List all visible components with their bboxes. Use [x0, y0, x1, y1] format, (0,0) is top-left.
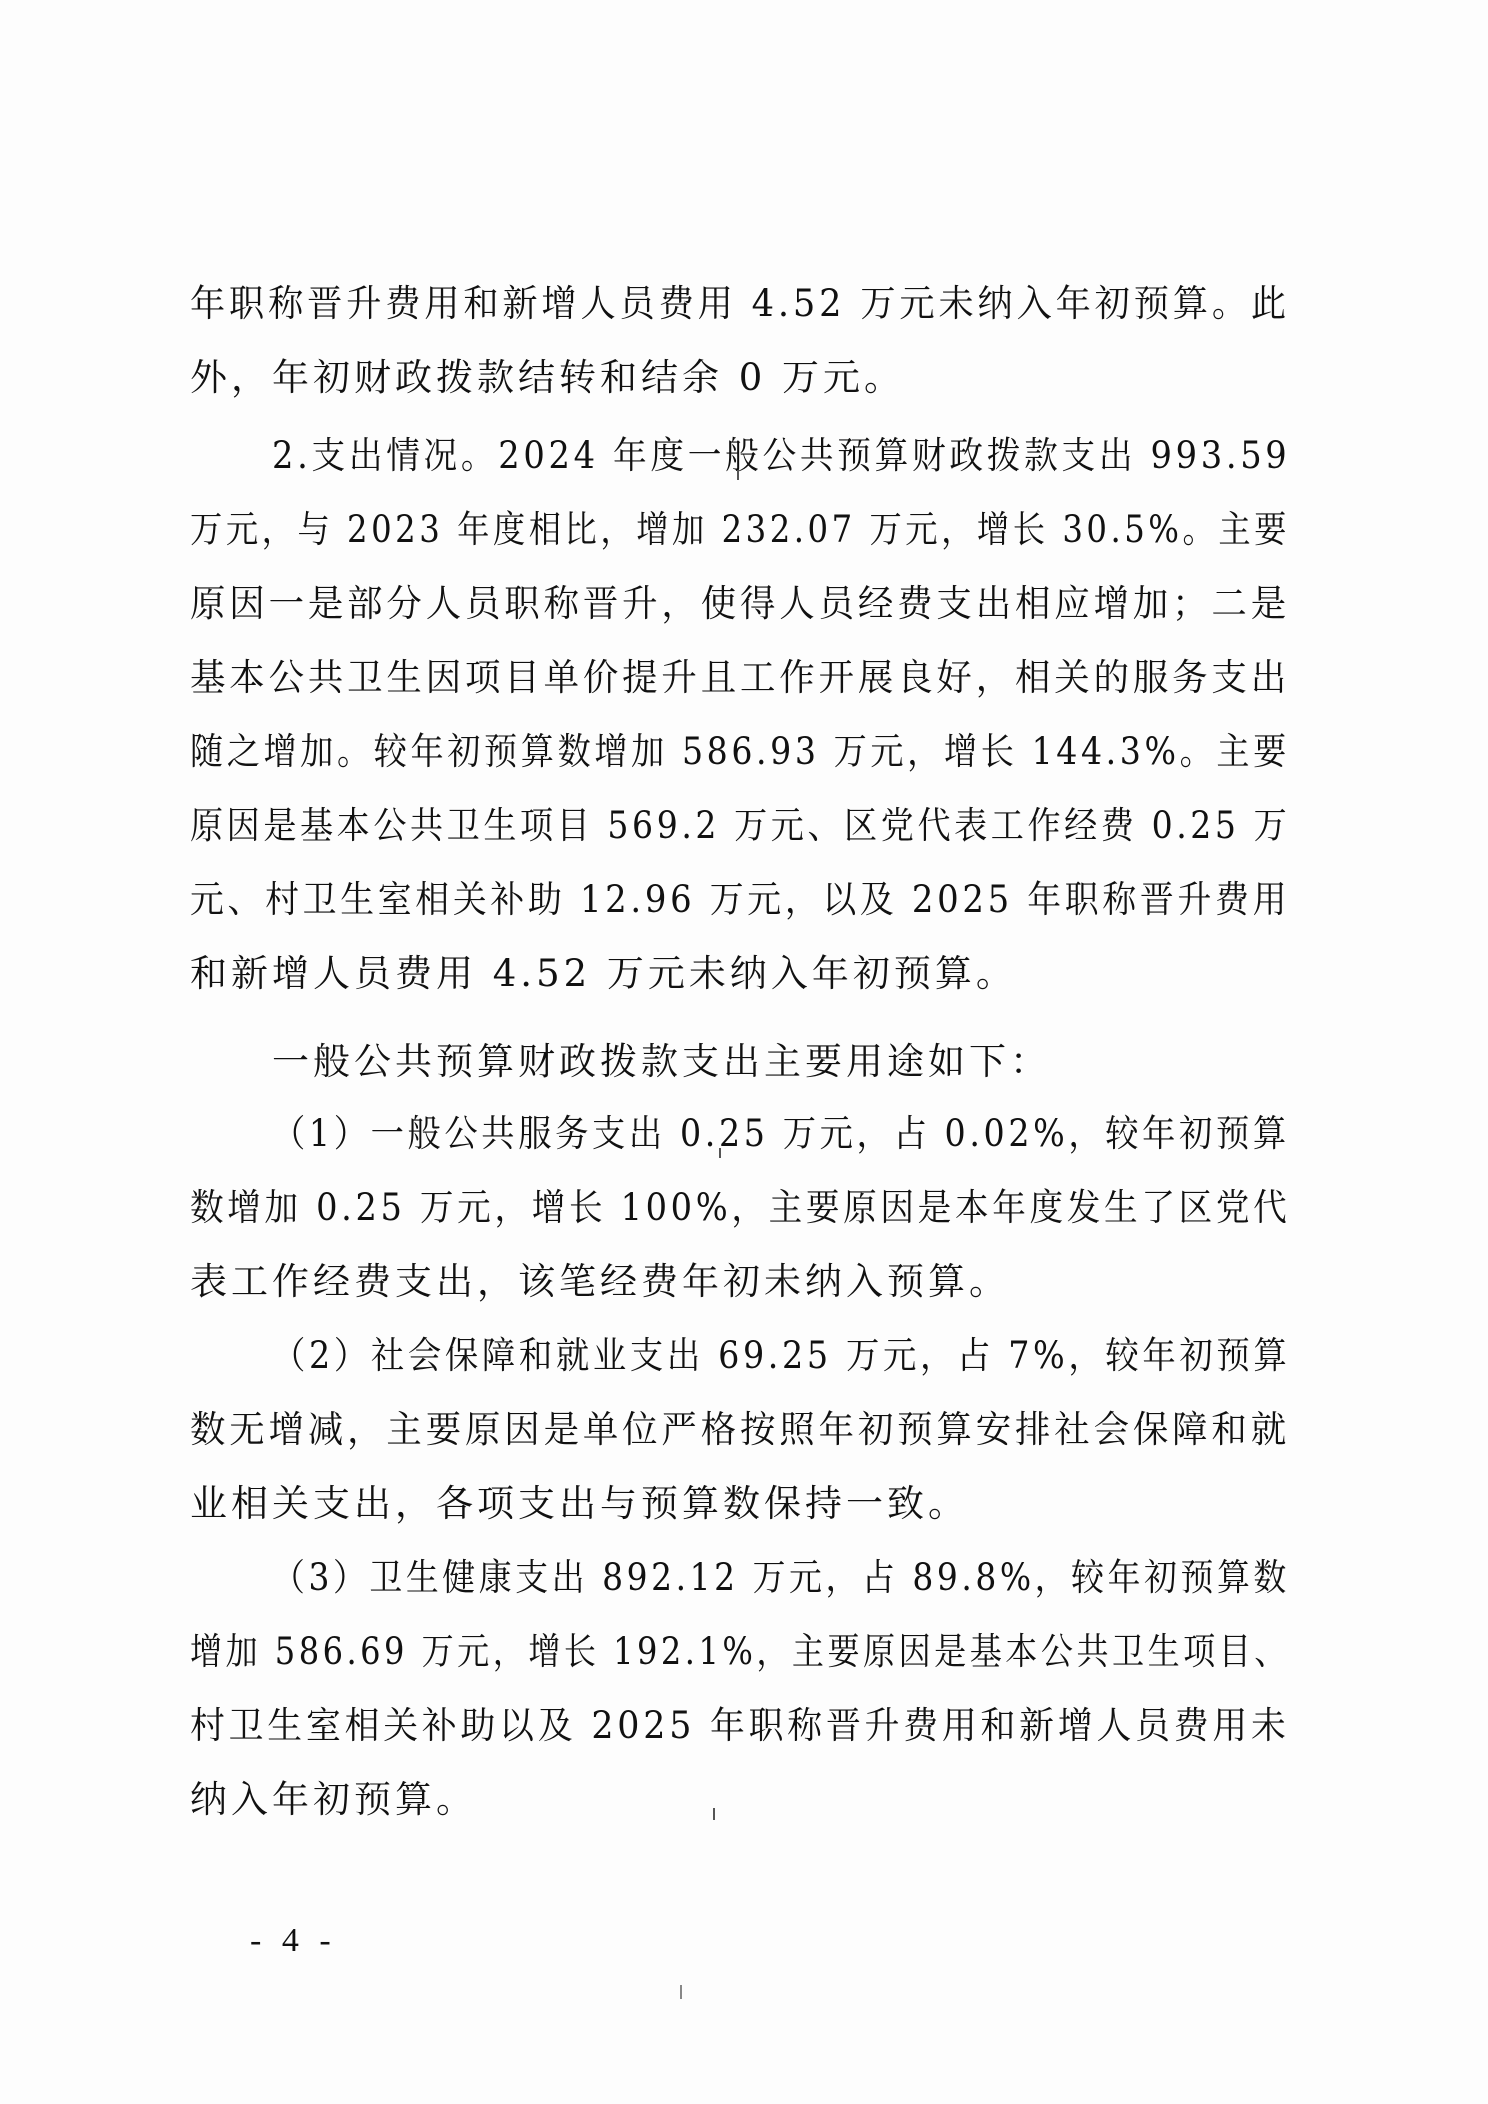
paragraph-line: 业相关支出，各项支出与预算数保持一致。	[190, 1482, 969, 1526]
paragraph-line: 和新增人员费用 4.52 万元未纳入年初预算。	[190, 952, 1017, 996]
paragraph-line: 数增加 0.25 万元，增长 100%，主要原因是本年度发生了区党代	[190, 1186, 1290, 1230]
paragraph-line: 数无增减，主要原因是单位严格按照年初预算安排社会保障和就	[190, 1408, 1290, 1452]
item-3-health: （3）卫生健康支出 892.12 万元，占 89.8%，较年初预算数	[272, 1556, 1290, 1600]
item-2-social-security: （2）社会保障和就业支出 69.25 万元，占 7%，较年初预算	[272, 1334, 1290, 1378]
paragraph-line: 随之增加。较年初预算数增加 586.93 万元，增长 144.3%。主要	[190, 730, 1290, 774]
section-heading-expenditure: 2.支出情况。2024 年度一般公共预算财政拨款支出 993.59	[272, 434, 1290, 478]
paragraph-line: 增加 586.69 万元，增长 192.1%，主要原因是基本公共卫生项目、	[190, 1630, 1290, 1674]
paragraph-line: 表工作经费支出，该笔经费年初未纳入预算。	[190, 1260, 1010, 1304]
paragraph-intro-uses: 一般公共预算财政拨款支出主要用途如下：	[272, 1040, 1051, 1084]
scan-artifact	[680, 1985, 682, 1999]
paragraph-line: 原因一是部分人员职称晋升，使得人员经费支出相应增加；二是	[190, 582, 1290, 626]
paragraph-line: 基本公共卫生因项目单价提升且工作开展良好，相关的服务支出	[190, 656, 1290, 700]
document-page: 年职称晋升费用和新增人员费用 4.52 万元未纳入年初预算。此 外，年初财政拨款…	[0, 0, 1488, 2104]
scan-artifact	[719, 1148, 721, 1158]
paragraph-line: 村卫生室相关补助以及 2025 年职称晋升费用和新增人员费用未	[190, 1704, 1290, 1748]
item-1-general-public-services: （1）一般公共服务支出 0.25 万元，占 0.02%，较年初预算	[272, 1112, 1290, 1156]
paragraph-line: 万元，与 2023 年度相比，增加 232.07 万元，增长 30.5%。主要	[190, 508, 1290, 552]
paragraph-line: 外，年初财政拨款结转和结余 0 万元。	[190, 356, 905, 400]
paragraph-line: 年职称晋升费用和新增人员费用 4.52 万元未纳入年初预算。此	[190, 282, 1290, 326]
page-number: - 4 -	[250, 1922, 337, 1960]
scan-artifact	[737, 470, 739, 480]
paragraph-line: 纳入年初预算。	[190, 1778, 477, 1822]
scan-artifact	[713, 1808, 715, 1820]
paragraph-line: 原因是基本公共卫生项目 569.2 万元、区党代表工作经费 0.25 万	[190, 804, 1290, 848]
paragraph-line: 元、村卫生室相关补助 12.96 万元，以及 2025 年职称晋升费用	[190, 878, 1290, 922]
